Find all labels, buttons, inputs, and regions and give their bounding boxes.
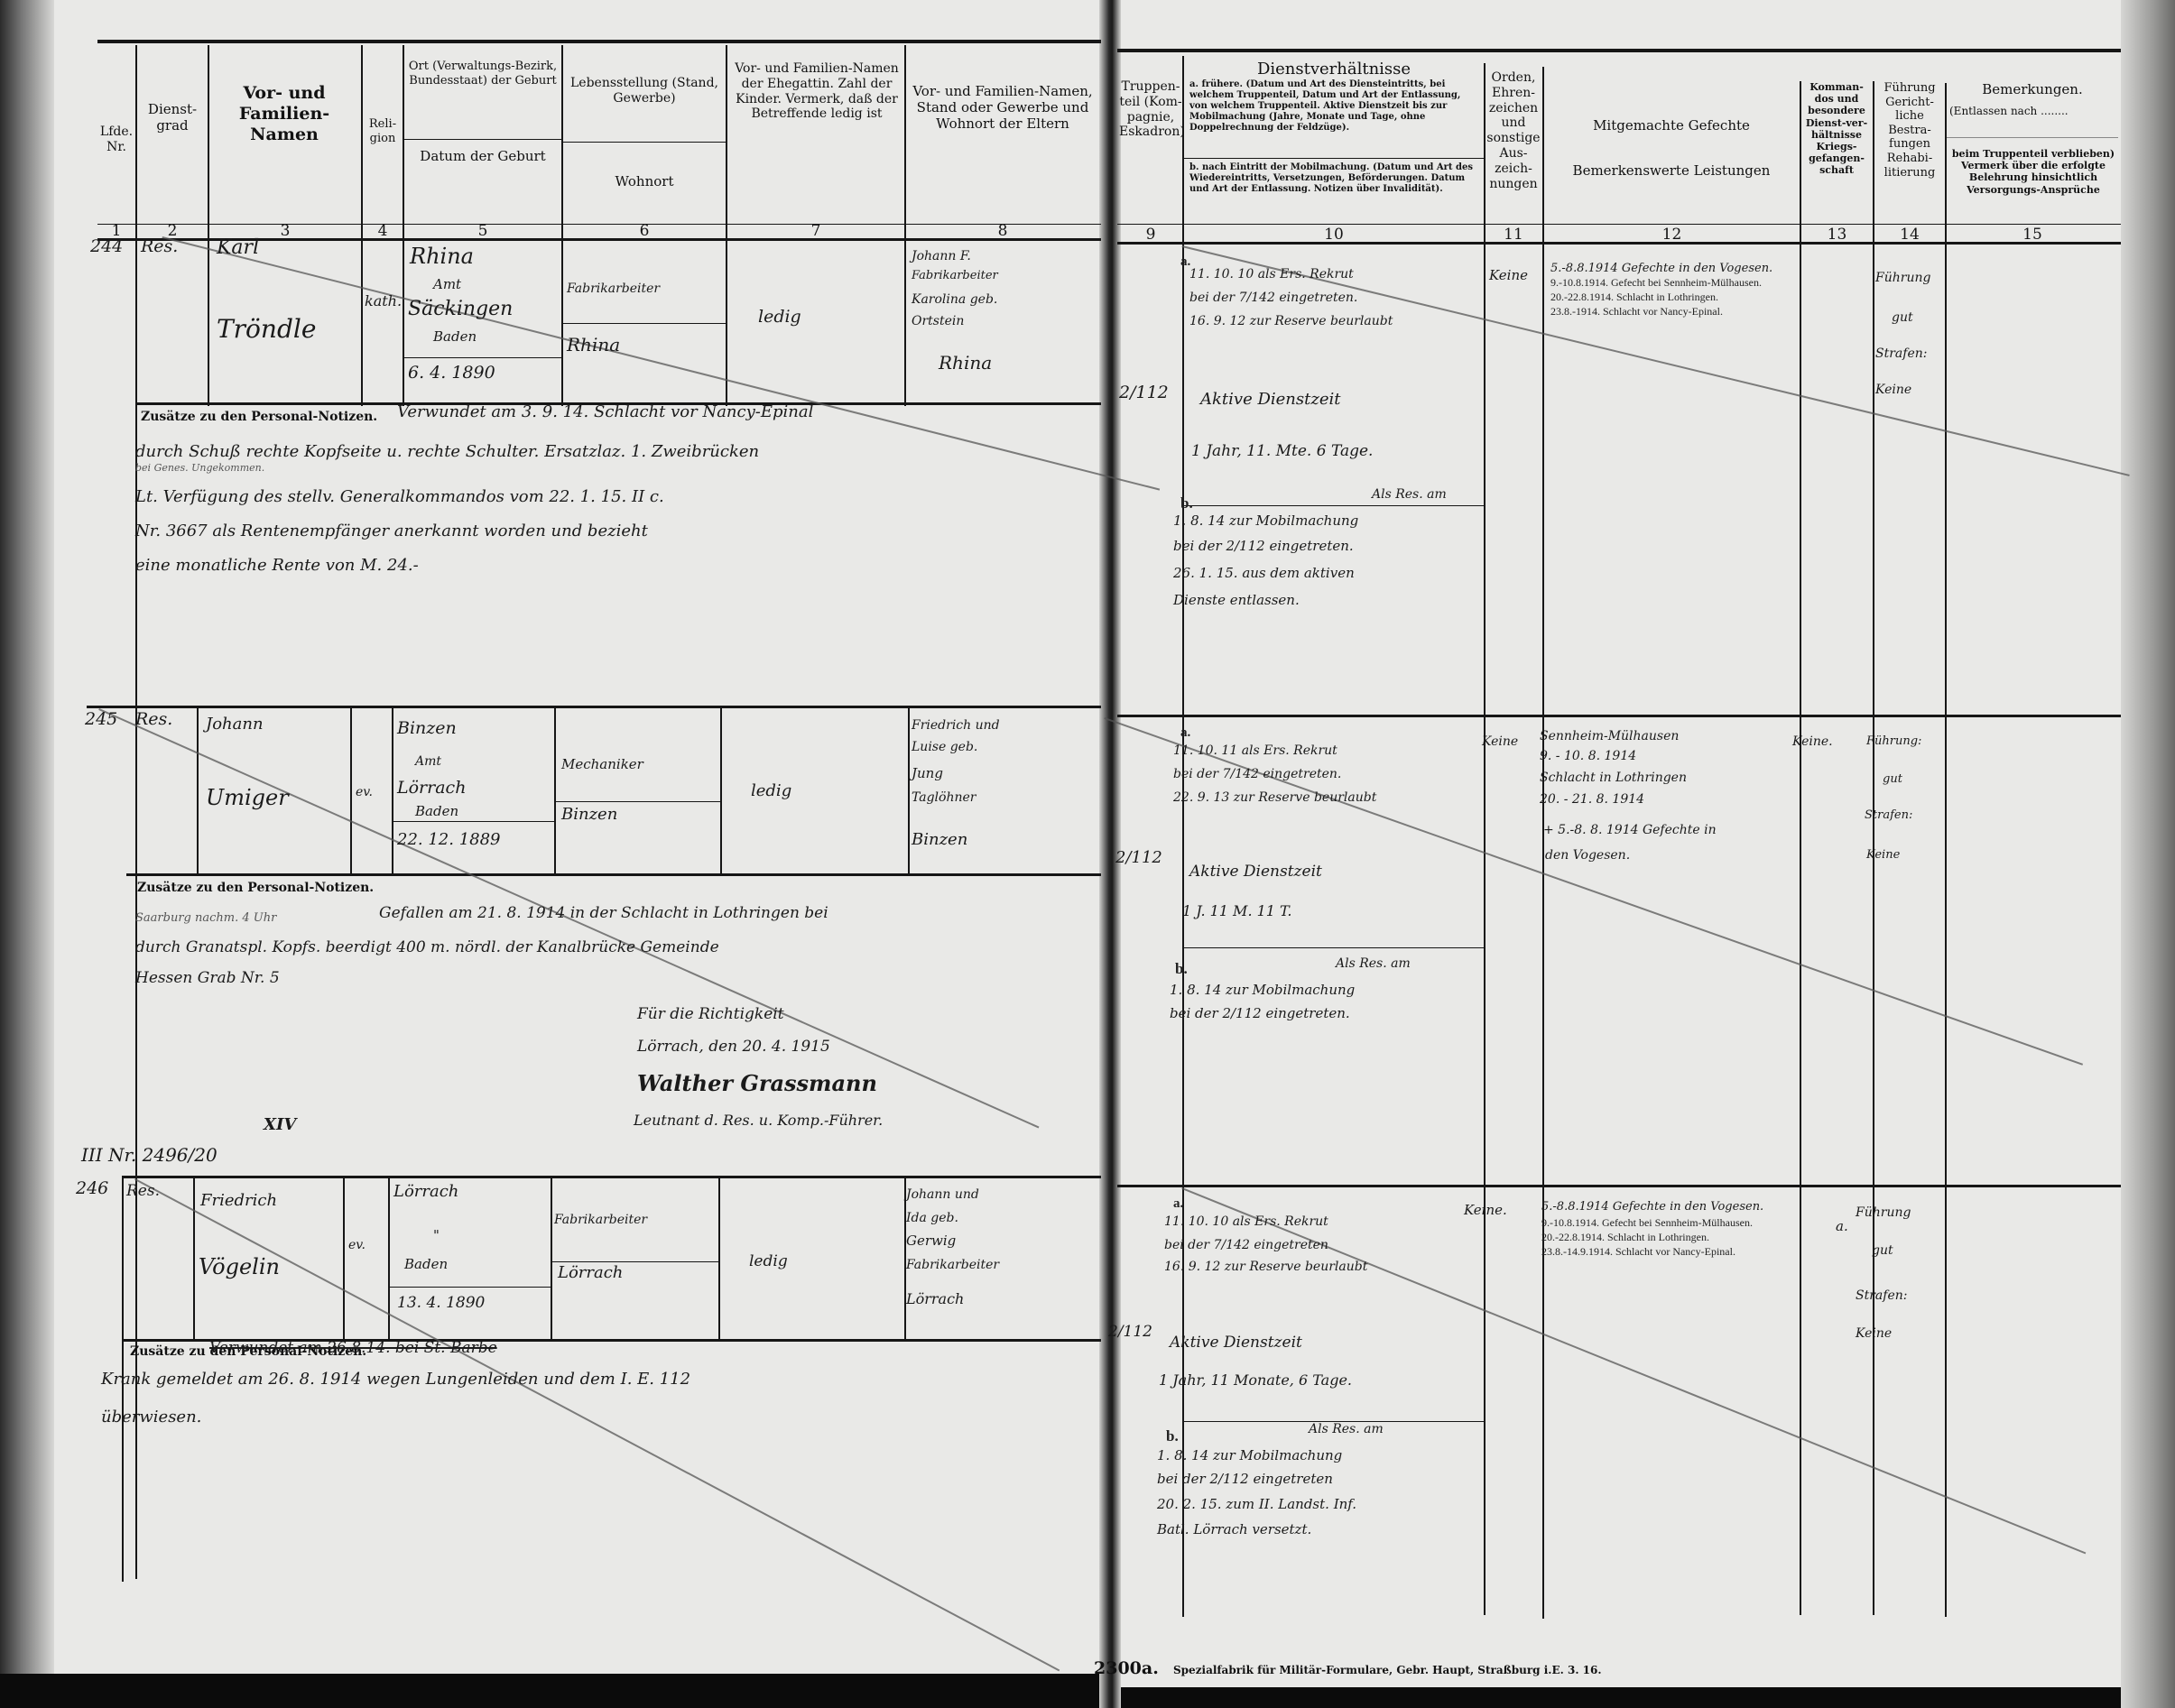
fuehrung: gut (1883, 772, 1902, 786)
fuehrung: Keine (1866, 848, 1900, 862)
geburtsort: Säckingen (408, 298, 513, 320)
eltern: Taglöhner (912, 790, 976, 805)
geburtsort: Baden (415, 803, 458, 819)
col-num: 14 (1874, 226, 1945, 244)
dienst-b-line: 20. 2. 15. zum II. Landst. Inf. (1157, 1496, 1356, 1512)
gefechte-handwritten: den Vogesen. (1545, 848, 1630, 863)
fuehrung: Strafen: (1865, 808, 1912, 822)
zusaetze-line: Gefallen am 21. 8. 1914 in der Schlacht … (379, 904, 828, 922)
aktenzeichen: III Nr. 2496/20 (81, 1144, 217, 1166)
entry-number: 244 (90, 236, 123, 256)
fuehrung: Führung (1875, 271, 1930, 285)
dienst-b-line: 1. 8. 14 zur Mobilmachung (1157, 1447, 1342, 1463)
stand: Mechaniker (561, 756, 643, 772)
vorname: Johann (206, 715, 264, 734)
zusaetze-line: Krank gemeldet am 26. 8. 1914 wegen Lung… (101, 1370, 690, 1389)
col-num: 10 (1184, 226, 1484, 244)
dienstgrad: Res. (135, 709, 172, 729)
col-num: 6 (563, 222, 726, 240)
gefecht-printed: 9.-10.8.1914. Gefecht bei Sennheim-Mülha… (1541, 1216, 1753, 1230)
vorname: Karl (217, 236, 259, 259)
zusaetze-line: eine monatliche Rente von M. 24.- (135, 556, 419, 575)
header-lebensstellung: Lebensstellung (Stand, Gewerbe) (565, 76, 724, 106)
eltern: Ida geb. (906, 1211, 958, 1225)
header-dienst-b: b. nach Eintritt der Mobilmachung. (Datu… (1189, 162, 1478, 195)
dienst-b-line: 1. 8. 14 zur Mobilmachung (1170, 982, 1355, 998)
aktive-dienstzeit: 1 Jahr, 11. Mte. 6 Tage. (1191, 442, 1373, 460)
geburtsort: Baden (404, 1256, 448, 1272)
header-entlassen: (Entlassen nach ........ (1949, 105, 2117, 117)
dienst-a-line: bei der 7/142 eingetreten. (1173, 767, 1341, 781)
form-number: 2300a. (1094, 1658, 1159, 1678)
eltern: Johann F. (912, 249, 971, 263)
dienst-a-line: 11. 10. 10 als Ers. Rekrut (1164, 1214, 1328, 1229)
dienst-a-line: 22. 9. 13 zur Reserve beurlaubt (1173, 790, 1376, 805)
header-dienst-a: a. frühere. (Datum und Art des Dienstein… (1189, 79, 1478, 134)
wohnort: Rhina (567, 334, 620, 355)
gefechte-handwritten: 5.-8.8.1914 Gefechte in den Vogesen. (1541, 1200, 1763, 1214)
zusaetze-line: durch Schuß rechte Kopfseite u. rechte S… (135, 442, 759, 461)
dienst-a-line: 16. 9. 12 zur Reserve beurlaubt (1189, 314, 1393, 328)
header-lfde-nr: Lfde. Nr. (97, 125, 135, 155)
header-dienstgrad: Dienst-grad (139, 101, 206, 134)
truppenteil: 2/112 (1115, 848, 1162, 867)
gefecht-printed: 20.-22.8.1914. Schlacht in Lothringen. (1541, 1231, 1709, 1244)
familienstand: ledig (758, 307, 801, 327)
truppenteil: 2/112 (1119, 383, 1169, 402)
dienst-a-line: bei der 7/142 eingetreten. (1189, 291, 1357, 305)
eltern: Luise geb. (912, 740, 977, 754)
dienst-b-line: Als Res. am (1372, 487, 1447, 502)
zusaetze-line: Nr. 3667 als Rentenempfänger anerkannt w… (135, 522, 648, 540)
eltern: Johann und (906, 1187, 979, 1202)
eltern: Fabrikarbeiter (912, 269, 998, 282)
wohnort: Lörrach (558, 1263, 623, 1282)
header-bemerkungen: Bemerkungen. (1947, 81, 2118, 97)
zusaetze-line: Lt. Verfügung des stellv. Generalkommand… (135, 487, 664, 506)
eltern: Binzen (912, 830, 967, 849)
gefechte-handwritten: Sennheim-Mülhausen (1540, 729, 1679, 743)
gefechte-handwritten: 9. - 10. 8. 1914 (1540, 749, 1636, 763)
gefecht-printed: 9.-10.8.1914. Gefecht bei Sennheim-Mülha… (1550, 276, 1762, 290)
nachname: Umiger (206, 785, 289, 810)
header-gefechte: Mitgemachte Gefechte (1545, 117, 1798, 134)
truppenteil: 2/112 (1108, 1323, 1152, 1341)
geburtsort: Amt (433, 276, 461, 292)
entry-number: 245 (85, 709, 117, 729)
header-name: Vor- und Familien-Namen (217, 83, 352, 144)
gefechte-handwritten: 20. - 21. 8. 1914 (1540, 792, 1644, 807)
publisher-imprint: Spezialfabrik für Militär-Formulare, Geb… (1173, 1664, 1602, 1676)
header-truppenteil: Truppen-teil (Kom-pagnie, Eskadron) (1119, 79, 1182, 140)
religion: ev. (356, 785, 373, 799)
dienst-a-line: 16. 9. 12 zur Reserve beurlaubt (1164, 1260, 1367, 1274)
dienst-b-line: Als Res. am (1309, 1422, 1384, 1436)
dienst-b-line: Als Res. am (1336, 956, 1411, 971)
zusaetze-line: Verwundet am 3. 9. 14. Schlacht vor Nanc… (397, 402, 813, 421)
aktive-dienstzeit-label: Aktive Dienstzeit (1170, 1334, 1302, 1352)
aktive-dienstzeit: 1 Jahr, 11 Monate, 6 Tage. (1159, 1371, 1352, 1389)
eltern: Rhina (939, 352, 992, 374)
col-num: 12 (1544, 226, 1800, 244)
geburtsort: Rhina (410, 244, 474, 269)
dienst-b-line: bei der 2/112 eingetreten. (1173, 538, 1354, 554)
gefecht-printed: 23.8.-14.9.1914. Schlacht vor Nancy-Epin… (1541, 1245, 1735, 1259)
zusaetze-line: Hessen Grab Nr. 5 (135, 969, 280, 987)
signature-line: Lörrach, den 20. 4. 1915 (637, 1038, 830, 1056)
col-num: 5 (404, 222, 561, 240)
dienst-b-line: bei der 2/112 eingetreten. (1170, 1005, 1350, 1021)
eltern: Friedrich und (912, 718, 1000, 733)
zusaetze-label: Zusätze zu den Personal-Notizen. (137, 881, 374, 895)
signature-line: Für die Richtigkeit (637, 1005, 784, 1023)
eltern: Karolina geb. (912, 292, 997, 307)
col-num: 8 (906, 222, 1099, 240)
gefechte-handwritten: + 5.-8. 8. 1914 Gefechte in (1543, 823, 1717, 837)
geburtsort: Binzen (397, 718, 457, 738)
geburtsdatum: 22. 12. 1889 (397, 830, 501, 849)
fuehrung: Führung: (1866, 734, 1921, 748)
orden: Keine (1489, 267, 1528, 283)
fuehrung: gut (1872, 1243, 1893, 1258)
geburtsort: Amt (415, 754, 441, 769)
orden: Keine (1482, 734, 1518, 749)
signature-line: Leutnant d. Res. u. Komp.-Führer. (634, 1112, 883, 1129)
kommandos: Keine. (1792, 734, 1833, 749)
fuehrung: Keine (1856, 1326, 1892, 1341)
header-dienstverhaeltnisse: Dienstverhältnisse (1184, 60, 1484, 79)
nachname: Vögelin (199, 1254, 280, 1279)
header-leistungen: Bemerkenswerte Leistungen (1545, 162, 1798, 179)
col-num: 13 (1801, 226, 1873, 244)
orden: Keine. (1464, 1202, 1507, 1218)
dienst-b-line: Dienste entlassen. (1173, 592, 1300, 608)
col-num: 9 (1119, 226, 1182, 244)
col-num: 4 (363, 222, 403, 240)
aktenzeichen-sup: XIV (264, 1115, 296, 1134)
col-num: 11 (1485, 226, 1541, 244)
nachname: Tröndle (217, 314, 316, 344)
dienst-a-line: 11. 10. 11 als Ers. Rekrut (1173, 743, 1337, 758)
header-bemerkungen-b: beim Truppenteil verblieben) Vermerk übe… (1949, 148, 2117, 196)
header-wohnort: Wohnort (565, 173, 724, 189)
religion: ev. (348, 1238, 366, 1252)
gefechte-handwritten: Schlacht in Lothringen (1540, 771, 1687, 785)
gefechte-handwritten: 5.-8.8.1914 Gefechte in den Vogesen. (1550, 262, 1772, 275)
stand: Fabrikarbeiter (554, 1213, 647, 1227)
fuehrung: Keine (1875, 383, 1911, 397)
zusaetze-struck: Verwundet am 26.8.14. bei St. Barbe (209, 1339, 497, 1357)
header-geburtsdatum: Datum der Geburt (406, 148, 560, 164)
geburtsdatum: 13. 4. 1890 (397, 1294, 485, 1312)
gefecht-printed: 23.8.-1914. Schlacht vor Nancy-Epinal. (1550, 305, 1723, 319)
entry-number: 246 (76, 1178, 108, 1198)
dienst-b-line: 26. 1. 15. aus dem aktiven (1173, 565, 1355, 581)
familienstand: ledig (749, 1252, 788, 1270)
col-num: 7 (727, 222, 904, 240)
fuehrung: Strafen: (1856, 1288, 1907, 1303)
eltern: Lörrach (906, 1290, 964, 1307)
fuehrung: gut (1892, 310, 1913, 325)
header-geburtsort: Ort (Verwaltungs-Bezirk, Bundesstaat) de… (406, 60, 560, 88)
zusaetze-line: überwiesen. (101, 1408, 201, 1426)
dienst-a-line: bei der 7/142 eingetreten (1164, 1238, 1328, 1252)
col-num: 15 (1947, 226, 2118, 244)
zusaetze-line: bei Genes. Ungekommen. (135, 462, 264, 474)
eltern: Gerwig (906, 1233, 956, 1249)
gefecht-printed: 20.-22.8.1914. Schlacht in Lothringen. (1550, 291, 1718, 304)
vorname: Friedrich (200, 1191, 277, 1210)
geburtsort: Lörrach (397, 778, 466, 798)
eltern: Ortstein (912, 314, 964, 328)
dienst-a-line: 11. 10. 10 als Ers. Rekrut (1189, 267, 1354, 282)
page-edge (2121, 0, 2175, 1708)
header-ehegattin: Vor- und Familien-Namen der Ehegattin. Z… (729, 61, 904, 122)
zusaetze-line: durch Granatspl. Kopfs. beerdigt 400 m. … (135, 938, 719, 956)
header-kommandos: Komman-dos und besondere Dienst-ver-hält… (1801, 81, 1872, 177)
dienstgrad: Res. (141, 236, 178, 256)
familienstand: ledig (751, 781, 791, 800)
religion: kath. (365, 292, 402, 309)
geburtsort: Lörrach (393, 1182, 458, 1201)
fuehrung: Führung (1856, 1205, 1911, 1220)
dienst-b-line: 1. 8. 14 zur Mobilmachung (1173, 512, 1358, 529)
stand: Fabrikarbeiter (567, 282, 660, 296)
dienst-b-line: Batl. Lörrach versetzt. (1157, 1521, 1311, 1537)
header-eltern: Vor- und Familien-Namen, Stand oder Gewe… (908, 83, 1097, 132)
aktive-dienstzeit-label: Aktive Dienstzeit (1200, 390, 1340, 409)
geburtsdatum: 6. 4. 1890 (408, 363, 495, 383)
fuehrung: Strafen: (1875, 346, 1927, 361)
header-orden: Orden, Ehren-zeichen und sonstige Aus-ze… (1485, 70, 1541, 191)
aktive-dienstzeit-label: Aktive Dienstzeit (1189, 863, 1322, 881)
dienstgrad: Res. (126, 1182, 160, 1200)
zusaetze-line: Saarburg nachm. 4 Uhr (135, 911, 276, 925)
eltern: Fabrikarbeiter (906, 1258, 999, 1272)
right-page (1119, 0, 2157, 1687)
kommandos: a. (1836, 1218, 1848, 1234)
header-fuehrung: Führung Gericht-liche Bestra-fungen Reha… (1874, 81, 1945, 180)
zusaetze-label: Zusätze zu den Personal-Notizen. (141, 410, 377, 424)
aktive-dienstzeit: 1 J. 11 M. 11 T. (1182, 902, 1291, 919)
signature: Walther Grassmann (637, 1070, 877, 1096)
header-religion: Reli-gion (363, 117, 403, 145)
wohnort: Binzen (561, 805, 617, 824)
dienst-b-line: bei der 2/112 eingetreten (1157, 1471, 1333, 1487)
geburtsort: " (433, 1227, 440, 1243)
geburtsort: Baden (433, 328, 477, 345)
eltern: Jung (912, 765, 943, 781)
